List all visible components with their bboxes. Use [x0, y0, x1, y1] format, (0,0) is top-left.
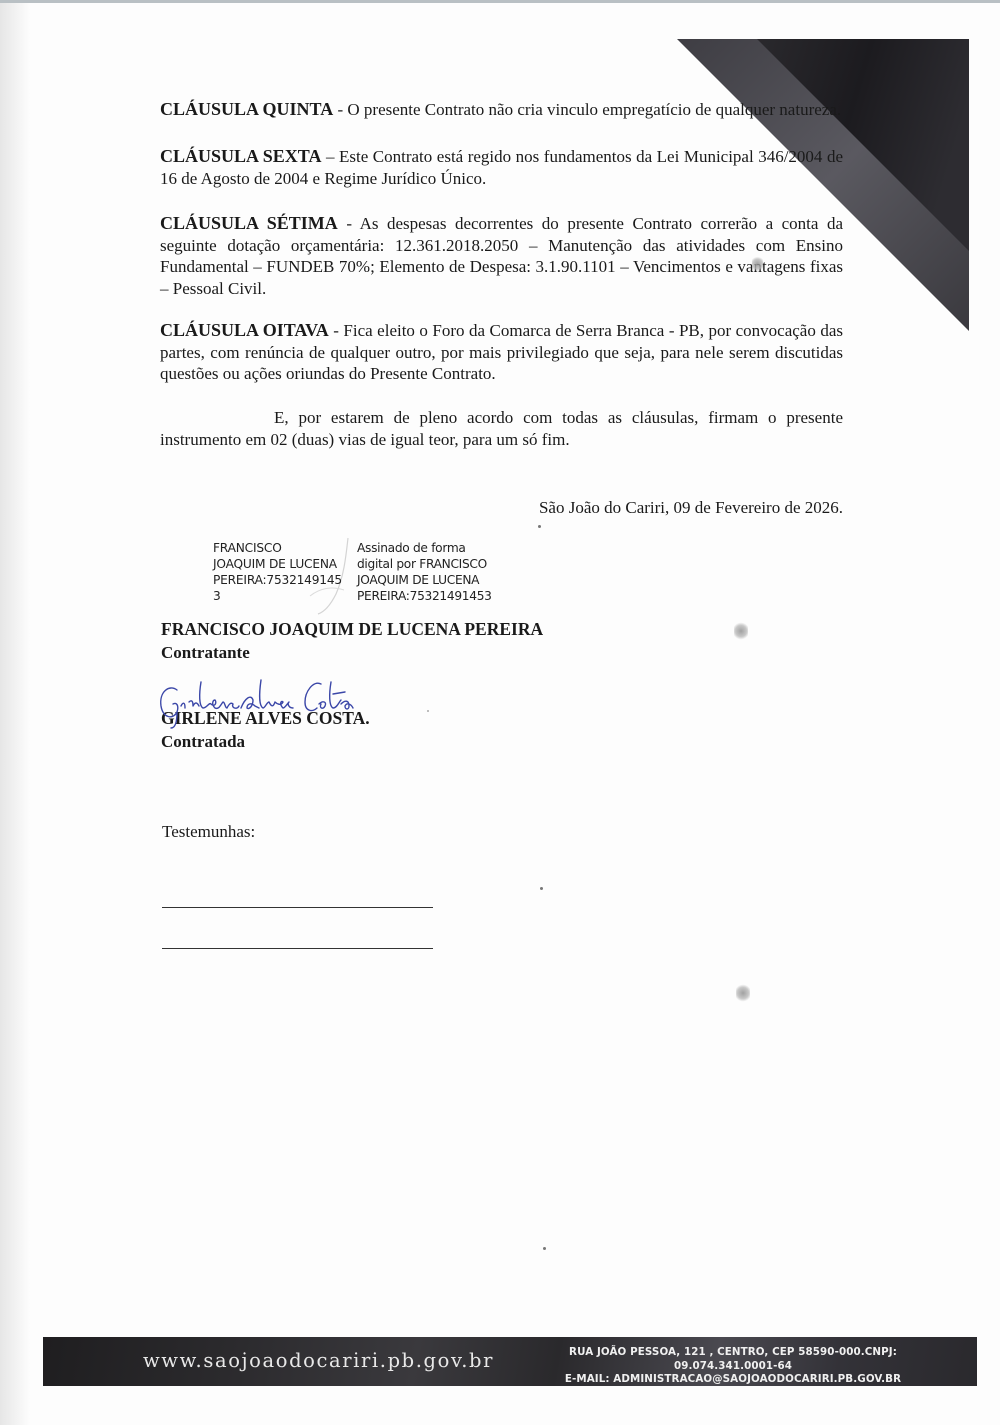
clause-oitava: CLÁUSULA OITAVA - Fica eleito o Foro da …: [160, 320, 843, 385]
clause-sexta: CLÁUSULA SEXTA – Este Contrato está regi…: [160, 146, 843, 189]
closing-paragraph: E, por estarem de pleno acordo com todas…: [160, 407, 843, 450]
footer-contact-info: RUA JOÃO PESSOA, 121 , CENTRO, CEP 58590…: [523, 1346, 943, 1387]
contratante-role: Contratante: [161, 643, 250, 663]
clause-title: CLÁUSULA SEXTA: [160, 146, 321, 166]
clause-text: O presente Contrato não cria vinculo emp…: [347, 100, 841, 119]
signature-note: Assinado de forma digital por FRANCISCO …: [356, 540, 492, 604]
contratada-role: Contratada: [161, 732, 245, 752]
clause-title: CLÁUSULA QUINTA: [160, 99, 333, 119]
clause-title: CLÁUSULA SÉTIMA: [160, 213, 338, 233]
contratante-name: FRANCISCO JOAQUIM DE LUCENA PEREIRA: [161, 619, 543, 640]
scan-speck: [427, 710, 429, 712]
witness-signature-line-2: [162, 948, 433, 949]
scan-speck: [543, 1247, 546, 1250]
footer-website: www.saojoaodocariri.pb.gov.br: [143, 1349, 494, 1372]
scan-shadow: [0, 0, 30, 1425]
scan-speck: [540, 887, 543, 890]
footer-address: RUA JOÃO PESSOA, 121 , CENTRO, CEP 58590…: [523, 1346, 943, 1373]
scan-edge: [0, 0, 1000, 3]
signer-identity: FRANCISCO JOAQUIM DE LUCENA PEREIRA:7532…: [213, 540, 356, 604]
scan-artifact: [736, 984, 750, 1002]
clause-title: CLÁUSULA OITAVA: [160, 320, 329, 340]
clause-setima: CLÁUSULA SÉTIMA - As despesas decorrente…: [160, 213, 843, 299]
digital-signature-block: FRANCISCO JOAQUIM DE LUCENA PEREIRA:7532…: [213, 540, 492, 604]
scan-speck: [538, 525, 541, 528]
footer-banner: www.saojoaodocariri.pb.gov.br RUA JOÃO P…: [43, 1337, 977, 1386]
handwritten-signature: [155, 672, 385, 732]
place-and-date: São João do Cariri, 09 de Fevereiro de 2…: [539, 498, 843, 518]
witness-signature-line-1: [162, 907, 433, 908]
clause-quinta: CLÁUSULA QUINTA - O presente Contrato nã…: [160, 99, 843, 121]
scan-artifact: [752, 256, 763, 272]
footer-email: E-MAIL: ADMINISTRACAO@SAOJOAODOCARIRI.PB…: [523, 1373, 943, 1387]
scan-artifact: [734, 622, 748, 640]
witnesses-label: Testemunhas:: [162, 822, 255, 842]
